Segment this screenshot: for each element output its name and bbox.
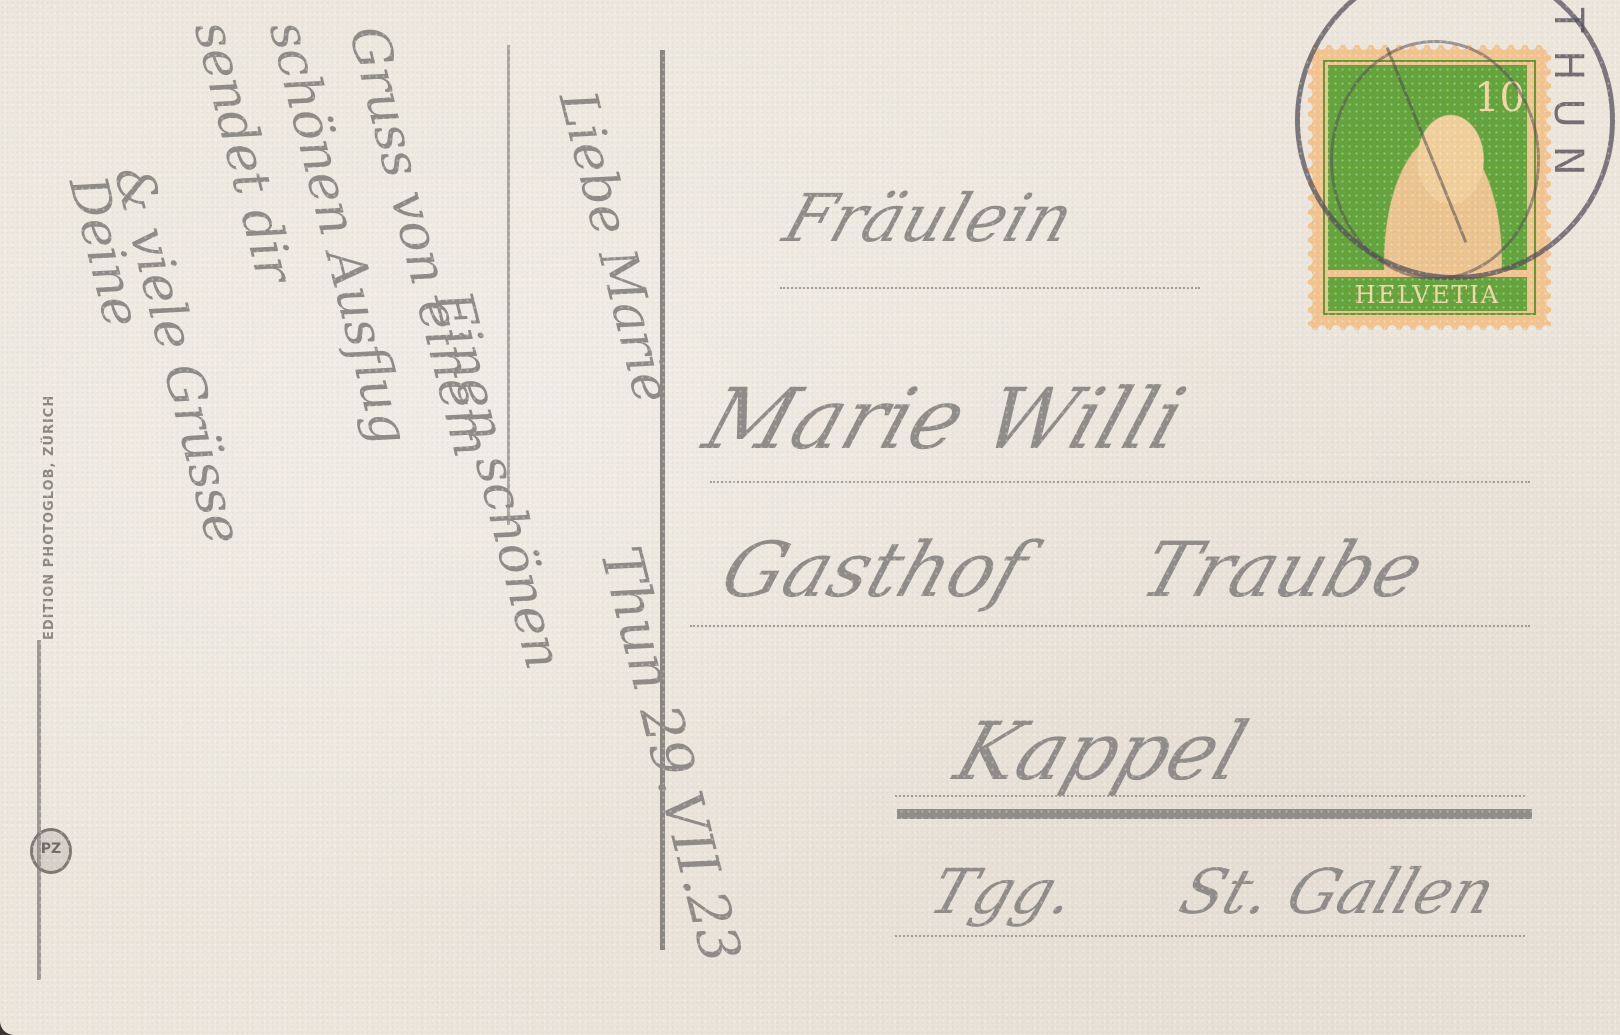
address-dotted-line bbox=[895, 935, 1525, 937]
postmark-inner-ring bbox=[1330, 40, 1540, 280]
postmark-town: THUN bbox=[1545, 8, 1591, 194]
address-salutation: Fräulein bbox=[775, 180, 1083, 257]
stamp-country: HELVETIA bbox=[1328, 277, 1527, 311]
address-town-bar bbox=[897, 809, 1532, 819]
publisher-imprint: EDITION PHOTOGLOB, ZÜRICH bbox=[42, 395, 57, 640]
address-recipient-name: Marie Willi bbox=[693, 370, 1197, 468]
address-inn-name: Traube bbox=[1131, 525, 1435, 614]
address-town: Kappel bbox=[945, 705, 1258, 798]
address-dotted-line bbox=[690, 625, 1530, 627]
address-inn-line: Gasthof bbox=[711, 525, 1038, 614]
address-dotted-line bbox=[780, 287, 1200, 289]
publisher-logo-icon: PZ bbox=[30, 828, 72, 874]
address-district: Tgg. bbox=[921, 855, 1085, 928]
address-canton: St. Gallen bbox=[1171, 855, 1504, 928]
edge-rule bbox=[37, 640, 41, 980]
postcard: EDITION PHOTOGLOB, ZÜRICH PZ Liebe Marie… bbox=[0, 0, 1620, 1035]
address-dotted-line bbox=[710, 481, 1530, 483]
